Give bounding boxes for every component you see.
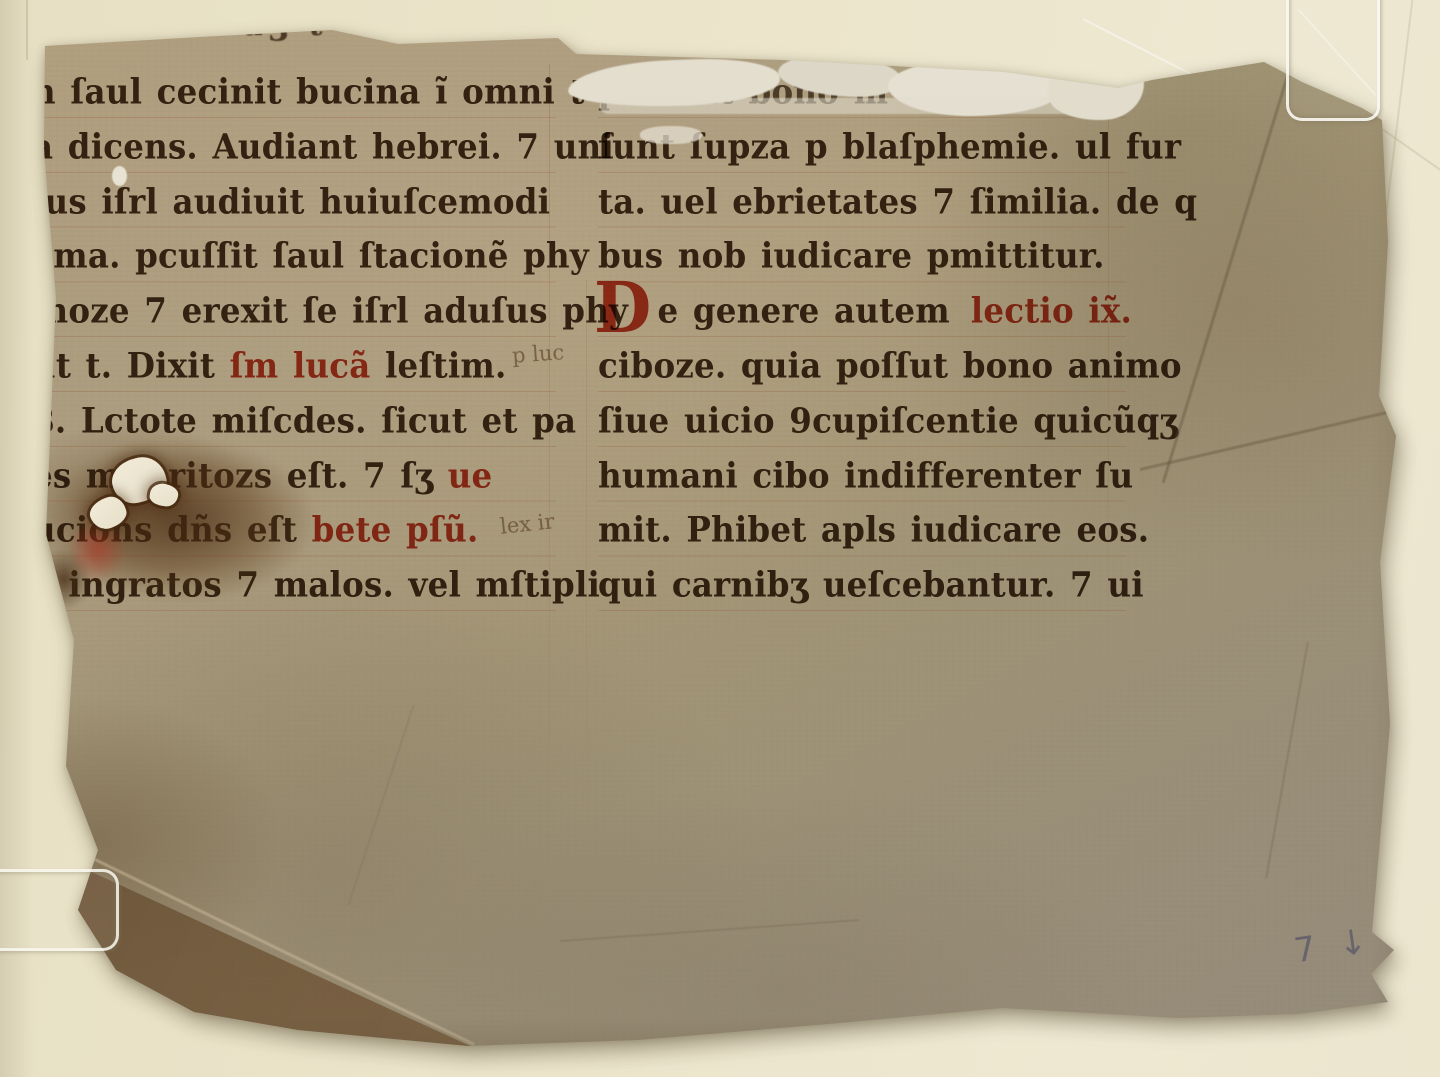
ink-segment: bus nob iudicare pmittitur.	[598, 235, 1105, 276]
ink-segment: mit. Phibet apls iudicare eos.	[598, 509, 1149, 550]
text-line: a dicens. Audiant hebrei. 7 uni	[32, 118, 556, 176]
text-line: inoze 7 erexit ſe iſrl aduſus phy	[32, 282, 556, 340]
parchment-wrapper: u ſal dı uʒ t n ſaul cecinit bucina ĩ om…	[0, 0, 1440, 1077]
text-line-with-initial: De genere autemlectio ix̃.	[598, 282, 1132, 340]
mounting-clip-top-right	[1286, 0, 1380, 121]
text-line: ut t. Dixit ſm lucã leſtim.	[32, 337, 556, 395]
crease-line	[1140, 402, 1425, 470]
text-line: ciboze. quia poſſut bono animo	[598, 337, 1132, 395]
rubric-segment: ue	[448, 454, 493, 495]
crease-line	[1162, 62, 1294, 484]
parchment-fragment: u ſal dı uʒ t n ſaul cecinit bucina ĩ om…	[0, 0, 1440, 1077]
text-line: humani cibo indifferenter ſu	[598, 447, 1132, 505]
crease-line	[560, 919, 859, 942]
rubric-segment: lectio ix̃.	[971, 282, 1132, 340]
crease-line	[1265, 642, 1309, 879]
mounting-clip-bottom-left	[0, 869, 119, 951]
ink-segment: e genere autem	[657, 282, 949, 340]
crease-line	[348, 705, 415, 905]
text-line: n ſaul cecinit bucina ĩ omni t	[32, 63, 556, 121]
ink-segment: ciboze. quia poſſut bono animo	[598, 344, 1182, 385]
ink-segment: a dicens. Audiant hebrei. 7 uni	[32, 125, 614, 166]
top-cut-line: u ſal dı uʒ t	[58, 8, 328, 43]
initial-letter: D	[594, 282, 651, 333]
ink-segment: ta. uel ebrietates 7 ſimilia. de q	[598, 180, 1197, 221]
ink-segment: ama. pcuſſit ſaul ſtacionẽ phy	[32, 235, 589, 276]
white-damage-patch	[640, 126, 702, 144]
marginal-note-upper: p luc	[511, 340, 565, 368]
ink-segment: ſiue uicio 9cupiſcentie quicũqʒ	[598, 399, 1178, 440]
text-line: ta. uel ebrietates 7 ſimilia. de q	[598, 173, 1132, 231]
ink-segment: qui carnibʒ ueſcebantur. 7 ui	[598, 564, 1144, 605]
text-line: mit. Phibet apls iudicare eos.	[598, 501, 1132, 559]
photo-backdrop: u ſal dı uʒ t n ſaul cecinit bucina ĩ om…	[0, 0, 1440, 1077]
ink-segment: n ſaul cecinit bucina ĩ omni t	[32, 70, 585, 111]
text-line: ama. pcuſſit ſaul ſtacionẽ phy	[32, 227, 556, 285]
text-line: qui carnibʒ ueſcebantur. 7 ui	[598, 556, 1132, 614]
ink-segment: lus iſrl audiuit huiuſcemodi	[32, 180, 550, 221]
ink-segment: 8. Lctote miſcdes. ſicut et pa	[32, 399, 576, 440]
text-line: ſiue uicio 9cupiſcentie quicũqʒ	[598, 392, 1132, 450]
white-damage-patch	[600, 98, 1120, 114]
ink-segment: ut t. Dixit	[32, 344, 230, 385]
white-damage-patch	[112, 166, 127, 186]
rubric-segment: ſm lucã	[230, 344, 371, 385]
pencil-inscription: 7 ↓	[1292, 921, 1376, 972]
text-column-right: poſſunt bono m ñ uo fieri ſunt ſupza p b…	[598, 63, 1132, 611]
rubric-segment: bete pſũ.	[312, 509, 479, 550]
text-line: lus iſrl audiuit huiuſcemodi	[32, 173, 556, 231]
ruling-vertical	[33, 64, 34, 610]
text-line: bus nob iudicare pmittitur.	[598, 227, 1132, 285]
ink-segment: leſtim.	[371, 344, 507, 385]
ink-segment: inoze 7 erexit ſe iſrl aduſus phy	[32, 290, 628, 331]
ink-segment: humani cibo indifferenter ſu	[598, 454, 1133, 495]
